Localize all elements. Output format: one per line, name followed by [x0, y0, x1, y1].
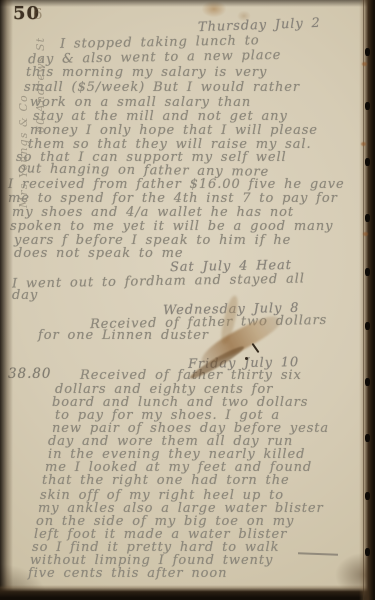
binding-edge — [359, 0, 375, 600]
handwriting-line: I received from father $16.00 five he ga… — [8, 178, 345, 191]
page-number-ghost: 6 — [33, 5, 43, 23]
stitch-mark — [365, 268, 370, 276]
diary-page: 50 6 Mrs Youngs & Co 60 Andrews St went … — [0, 0, 375, 600]
handwriting-line: does not speak to me — [14, 247, 184, 260]
handwriting-line: that the right one had torn the — [42, 474, 290, 487]
handwriting-line: me to spend for the 4th inst 7 to pay fo… — [8, 192, 338, 205]
ink-mark — [252, 343, 260, 353]
handwriting-line: work on a small salary than — [30, 96, 251, 109]
handwriting-line: day — [12, 289, 38, 302]
stitch-mark — [365, 214, 370, 222]
stitch-mark — [365, 548, 370, 556]
ink-mark — [245, 357, 248, 360]
stitch-mark — [365, 378, 370, 386]
stitch-mark — [365, 322, 370, 330]
handwriting-line: this morning my salary is very — [26, 66, 267, 79]
handwriting-line: five cents this after noon — [28, 567, 227, 580]
handwriting-line: day & also went to a new place — [28, 49, 281, 66]
handwriting-line: I went out to fordham and stayed all — [12, 272, 305, 290]
handwriting-line: stay at the mill and not get any — [33, 110, 288, 123]
gutter-shadow — [0, 0, 13, 600]
page-top-shadow — [0, 0, 375, 7]
stitch-mark — [365, 48, 370, 56]
rust-spot — [361, 142, 366, 146]
stitch-mark — [365, 492, 370, 500]
handwriting-line: for one Linnen duster — [38, 329, 209, 342]
stitch-mark — [365, 102, 370, 110]
stitch-mark — [365, 434, 370, 442]
handwriting-line: small ($5/week) But I would rather — [24, 81, 300, 94]
rust-spot — [363, 232, 368, 236]
rust-spot — [362, 62, 367, 66]
margin-amount: 38.80 — [8, 368, 51, 381]
handwriting-line: spoken to me yet it will be a good many — [10, 220, 333, 233]
pencil-underline — [298, 552, 338, 555]
entry-date-heading: Thursday July 2 — [198, 17, 321, 34]
stitch-mark — [365, 158, 370, 166]
handwriting-line: money I only hope that I will please — [30, 124, 318, 137]
handwriting-line: my shoes and 4/a wallet he has not — [12, 206, 294, 219]
book-bottom-edge — [0, 585, 375, 600]
